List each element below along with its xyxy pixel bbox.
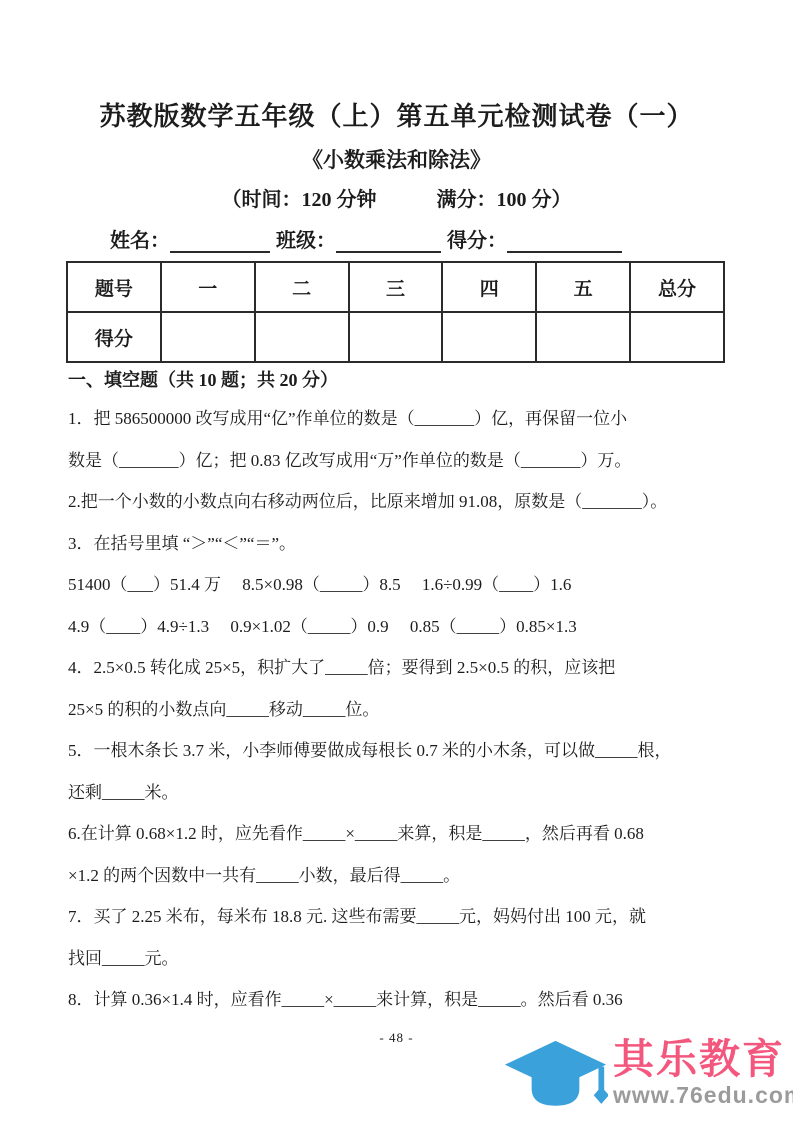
score-label: 得分： [447, 224, 507, 253]
page-title: 苏教版数学五年级（上）第五单元检测试卷（一） [0, 96, 793, 133]
score-table-col-3: 三 [349, 262, 443, 312]
question-line: 4．2.5×0.5 转化成 25×5，积扩大了_____倍；要得到 2.5×0.… [68, 647, 728, 689]
name-blank [170, 229, 270, 253]
publisher-logo: 其乐教育 www.76edu.com [503, 1036, 793, 1122]
question-line: 8．计算 0.36×1.4 时，应看作_____×_____来计算，积是____… [68, 979, 728, 1021]
question-line: 找回_____元。 [68, 938, 728, 980]
student-info-row: 姓名： 班级： 得分： [110, 227, 710, 253]
question-line: 25×5 的积的小数点向_____移动_____位。 [68, 689, 728, 731]
score-table-score-row: 得分 [67, 312, 724, 362]
score-cell [536, 312, 630, 362]
question-line: 3．在括号里填 “＞”“＜”“＝”。 [68, 523, 728, 565]
score-cell [161, 312, 255, 362]
class-blank [336, 229, 441, 253]
question-line: 数是（_______）亿；把 0.83 亿改写成用“万”作单位的数是（_____… [68, 440, 728, 482]
question-line: 2.把一个小数的小数点向右移动两位后，比原来增加 91.08，原数是（_____… [68, 481, 728, 523]
score-table: 题号 一 二 三 四 五 总分 得分 [66, 261, 725, 363]
question-line: 1．把 586500000 改写成用“亿”作单位的数是（_______）亿，再保… [68, 398, 728, 440]
score-table-col-2: 二 [255, 262, 349, 312]
score-table-col-label: 题号 [67, 262, 161, 312]
score-cell [442, 312, 536, 362]
page-subtitle: 《小数乘法和除法》 [0, 144, 793, 174]
question-line: 7．买了 2.25 米布，每米布 18.8 元. 这些布需要_____元，妈妈付… [68, 896, 728, 938]
question-line: 5．一根木条长 3.7 米，小李师傅要做成每根长 0.7 米的小木条，可以做__… [68, 730, 728, 772]
fill-in-blank-questions: 1．把 586500000 改写成用“亿”作单位的数是（_______）亿，再保… [68, 398, 728, 1021]
logo-website-url: www.76edu.com [613, 1082, 793, 1108]
logo-text-block: 其乐教育 www.76edu.com [613, 1036, 793, 1108]
score-table-header-row: 题号 一 二 三 四 五 总分 [67, 262, 724, 312]
question-line: 51400（___）51.4 万 8.5×0.98（_____）8.5 1.6÷… [68, 564, 728, 606]
score-table-col-1: 一 [161, 262, 255, 312]
question-line: 4.9（____）4.9÷1.3 0.9×1.02（_____）0.9 0.85… [68, 606, 728, 648]
question-line: ×1.2 的两个因数中一共有_____小数，最后得_____。 [68, 855, 728, 897]
time-score-meta: （时间：120 分钟 满分：100 分） [0, 183, 793, 212]
score-cell [630, 312, 724, 362]
score-blank [507, 229, 622, 253]
logo-brand-name: 其乐教育 [613, 1036, 793, 1082]
class-label: 班级： [276, 224, 336, 253]
section-1-heading: 一、填空题（共 10 题；共 20 分） [68, 366, 338, 392]
score-table-col-total: 总分 [630, 262, 724, 312]
question-line: 还剩_____米。 [68, 772, 728, 814]
score-cell [349, 312, 443, 362]
name-label: 姓名： [110, 224, 170, 253]
test-paper-page: 苏教版数学五年级（上）第五单元检测试卷（一） 《小数乘法和除法》 （时间：120… [0, 0, 793, 1122]
score-row-label: 得分 [67, 312, 161, 362]
score-table-col-4: 四 [442, 262, 536, 312]
score-table-col-5: 五 [536, 262, 630, 312]
question-line: 6.在计算 0.68×1.2 时，应先看作_____×_____来算，积是___… [68, 813, 728, 855]
score-cell [255, 312, 349, 362]
graduation-cap-icon [503, 1038, 608, 1120]
